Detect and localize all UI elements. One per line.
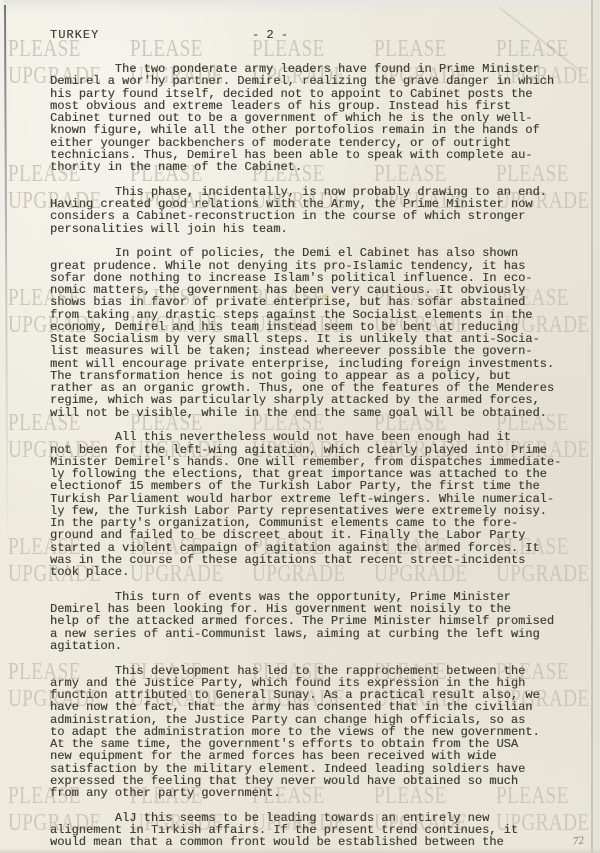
country-heading: TURKEY bbox=[50, 28, 99, 42]
watermark-word: PLEASE bbox=[496, 37, 569, 61]
paragraph: This phase, incidentally, is now probabl… bbox=[50, 186, 568, 235]
scanned-document-page: PLEASEPLEASEPLEASEPLEASEPLEASEUPGRADEUPG… bbox=[0, 0, 600, 853]
page-edge-top bbox=[0, 0, 600, 13]
paragraph: This turn of events was the opportunity,… bbox=[50, 591, 568, 652]
page-edge-right bbox=[593, 0, 600, 853]
paragraph: All this nevertheless would not have bee… bbox=[50, 431, 568, 578]
paragraph: This development has led to the rapproch… bbox=[50, 665, 568, 800]
paragraph: The two ponderate army leaders have foun… bbox=[50, 63, 568, 173]
watermark-word: PLEASE bbox=[374, 37, 447, 61]
paragraph: AlJ this seems to be leading towards an … bbox=[50, 812, 568, 849]
page-edge-left-line bbox=[4, 5, 8, 545]
page-edge-left bbox=[0, 0, 3, 853]
document-body: The two ponderate army leaders have foun… bbox=[50, 63, 568, 849]
paragraph: In point of policies, the Demi el Cabine… bbox=[50, 247, 568, 419]
paper-stain bbox=[322, 294, 329, 299]
page-edge-bottom bbox=[0, 848, 600, 853]
handwritten-mark: 72 bbox=[572, 834, 585, 847]
watermark-word: PLEASE bbox=[130, 37, 203, 61]
page-number: - 2 - bbox=[252, 28, 288, 42]
